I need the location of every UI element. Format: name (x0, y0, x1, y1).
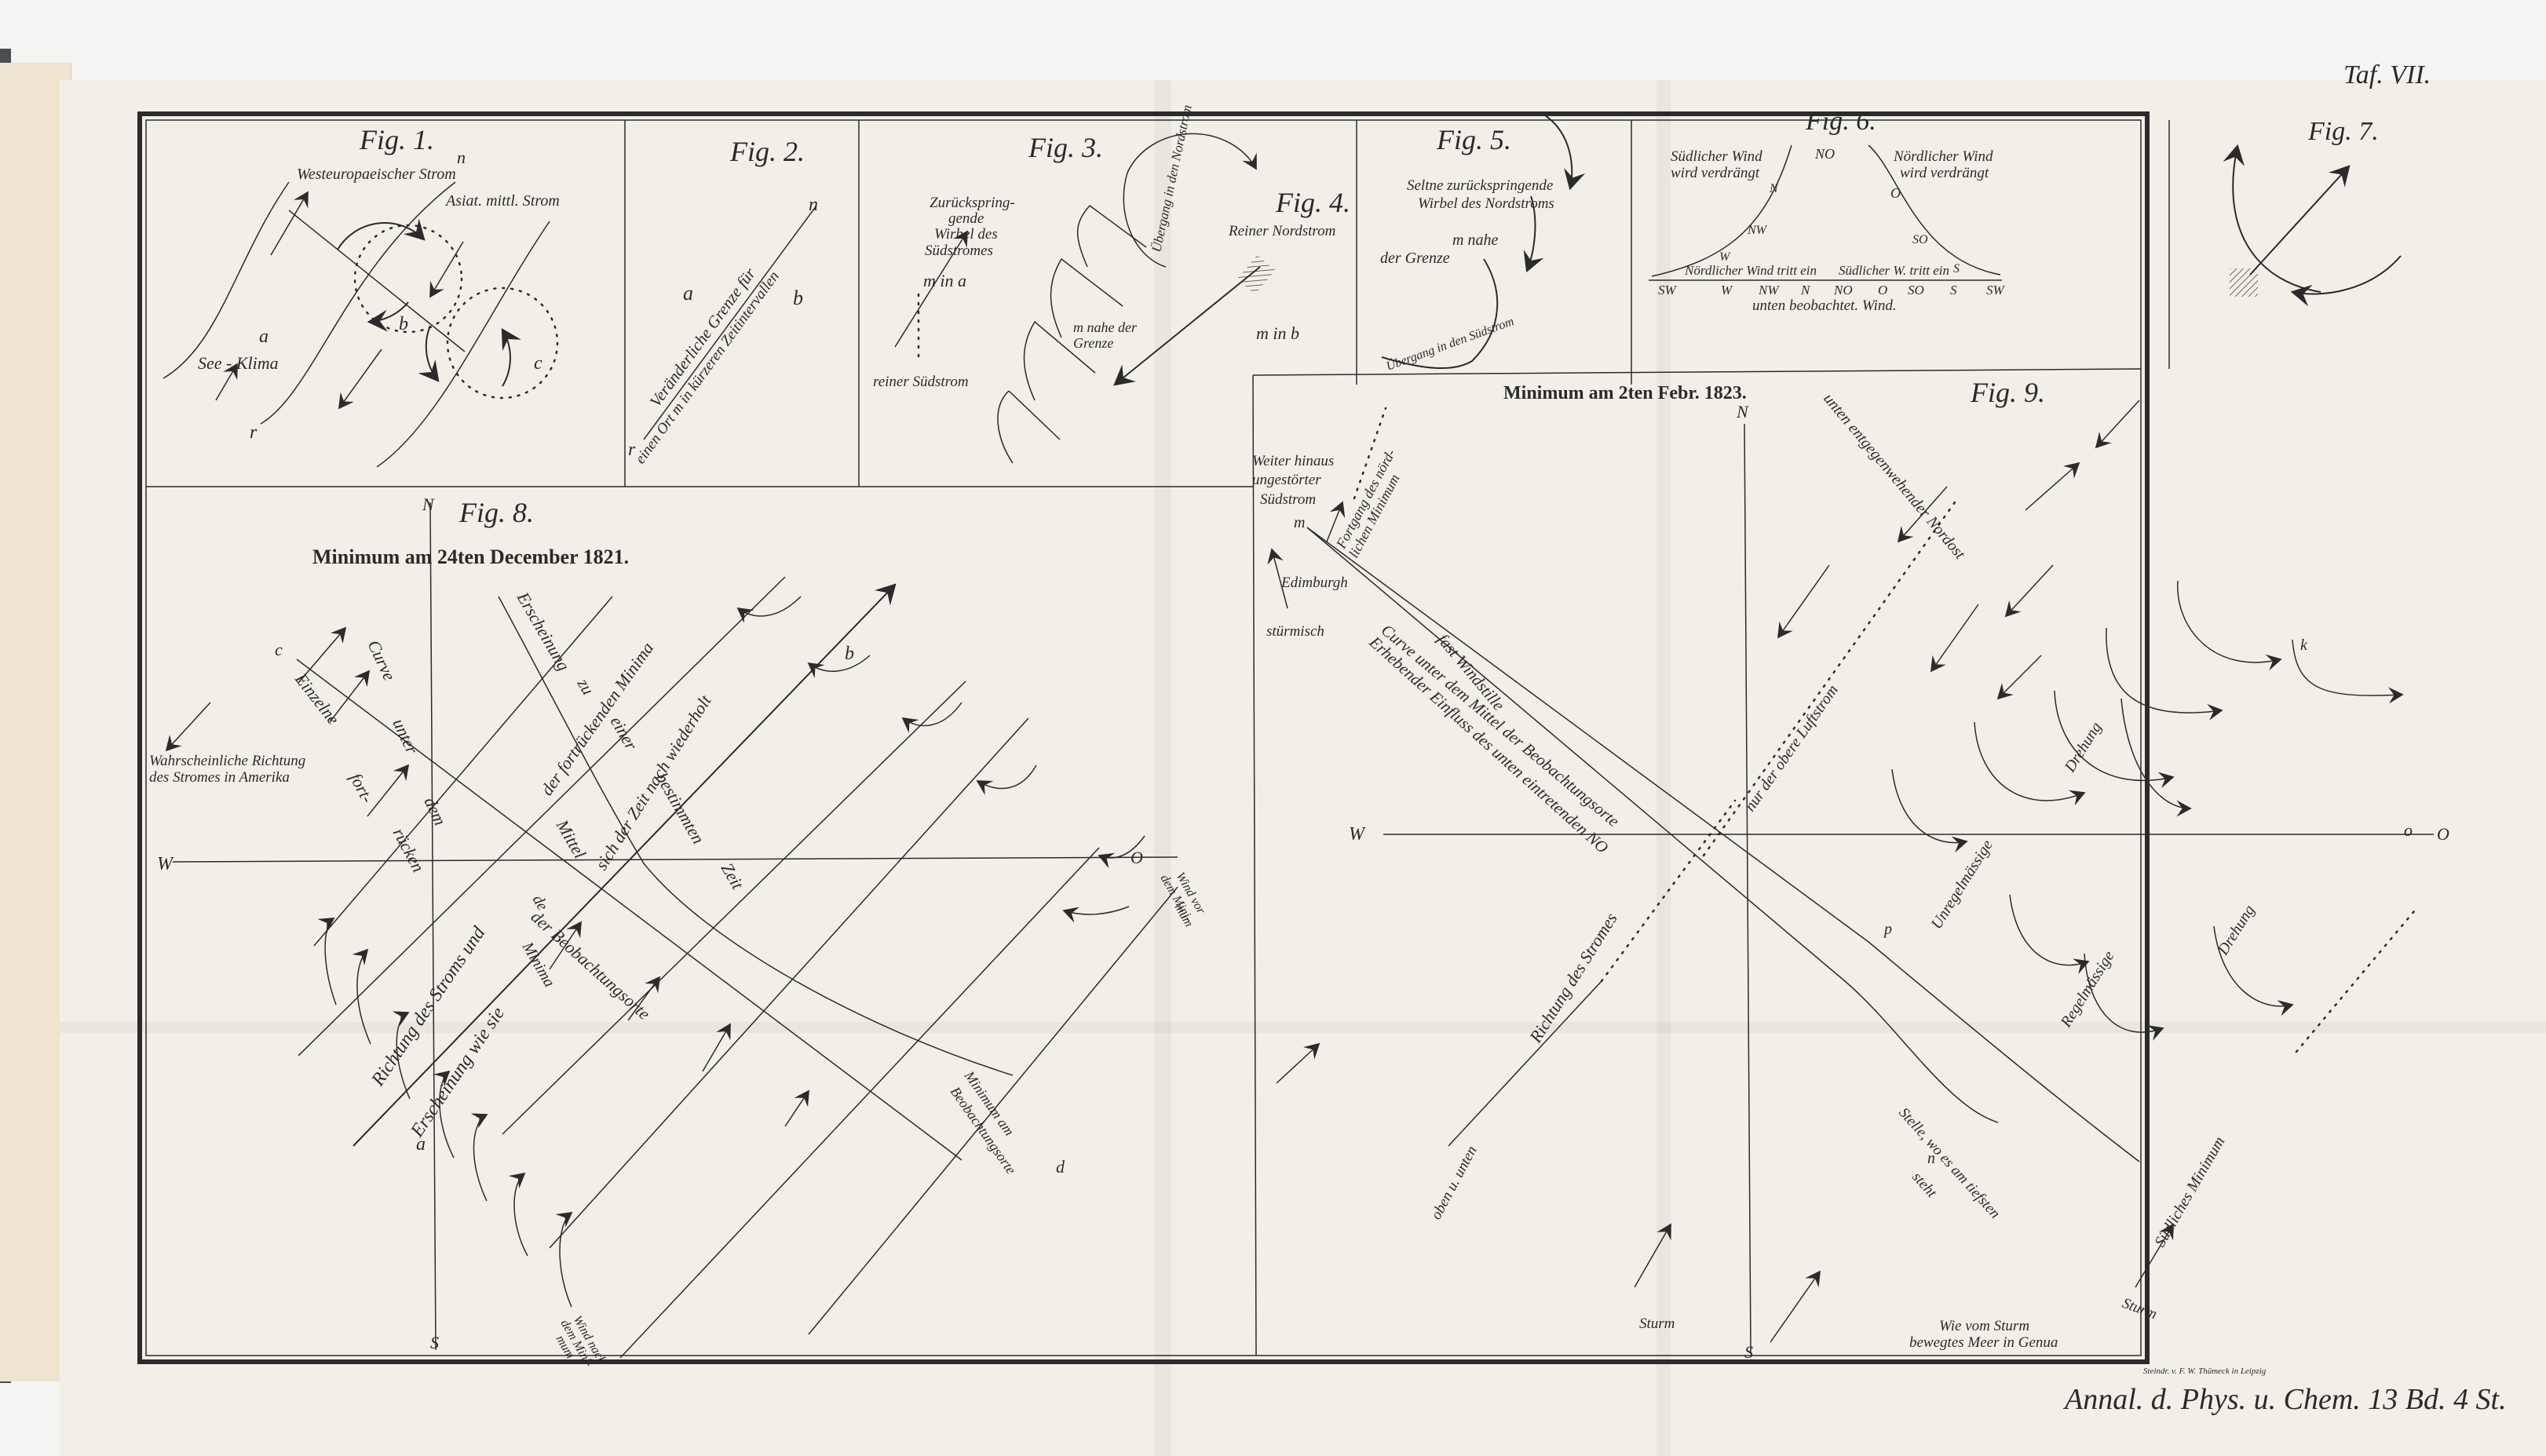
fig8-heading: Minimum am 24ten December 1821. (312, 546, 629, 568)
svg-text:S: S (1950, 283, 1957, 297)
fig8-label: Curve (363, 637, 399, 684)
fig9-point-n: n (1927, 1150, 1935, 1167)
fig5-rare-label: Seltne zurückspringende (1407, 177, 1553, 194)
arrow-icon (1635, 1224, 1671, 1287)
fig9-storm-label: Sturm (1639, 1316, 1675, 1332)
fig9-compass-east: O (2437, 824, 2449, 844)
fig8-label: fort- (346, 770, 378, 806)
svg-text:SO: SO (1908, 283, 1924, 297)
fig6-curve-label: SO (1912, 233, 1928, 246)
fig1-title: Fig. 1. (359, 124, 434, 155)
fig9-irregular-label: Unregelmässige (1928, 837, 1996, 932)
fig6-north-displaced-label: wird verdrängt (1900, 165, 1989, 181)
figure-5: Fig. 5. Seltne zurückspringende Wirbel d… (1380, 114, 1572, 374)
fig3-title: Fig. 3. (1028, 132, 1103, 163)
fig6-north-enters-label: Nördlicher Wind tritt ein (1684, 263, 1817, 278)
fig6-south-displaced-label: Südlicher Wind (1671, 148, 1762, 165)
fig3-pure-south-label: reiner Südstrom (873, 374, 969, 390)
fig8-america-label: Wahrscheinliche Richtung (149, 753, 305, 769)
arrow-icon (1770, 1272, 1820, 1342)
fig5-near-label: m nahe (1452, 232, 1498, 249)
fig3-vortex-label: gende (948, 210, 984, 227)
arrow-icon (339, 349, 382, 408)
svg-text:NO: NO (1833, 283, 1853, 297)
fig8-label: sich der Zeit nach wiederholt (591, 691, 715, 873)
fig6-curve-label: NO (1814, 146, 1835, 162)
fig9-genua-label: bewegtes Meer in Genua (1909, 1334, 2058, 1351)
fig9-genua-label: Wie vom Sturm (1939, 1318, 2029, 1334)
fig9-point-o: o (2404, 820, 2413, 840)
arrow-icon (2006, 565, 2053, 616)
arrow-icon (785, 1091, 809, 1126)
svg-text:SW: SW (1658, 283, 1678, 297)
fig2-boundary-label-1: Veränderliche Grenze für (646, 264, 760, 411)
fig8-point-b: b (845, 644, 854, 664)
fig8-compass-west: W (157, 854, 174, 874)
svg-text:O: O (1878, 283, 1887, 297)
fig8-label: Einzelne (290, 669, 343, 728)
fig6-title: Fig. 6. (1805, 107, 1876, 136)
fig9-further-label: ungestörter (1252, 472, 1321, 488)
arrow-icon (2096, 400, 2139, 447)
fig9-compass-south: S (1744, 1342, 1753, 1362)
fig6-curve-label: W (1719, 250, 1731, 264)
svg-text:W: W (1721, 283, 1733, 297)
fig3-m-in-a-label: m in a (923, 271, 966, 290)
arrow-icon (1931, 604, 1978, 671)
fig9-deepest-label: Stelle, wo es am tiefsten (1895, 1104, 2003, 1221)
fig2-title: Fig. 2. (729, 136, 805, 167)
fig1-point-c: c (534, 353, 542, 374)
fig2-boundary-label-2: einen Ort m in kürzeren Zeitintervallen (632, 268, 783, 467)
fig8-label: dem (420, 794, 450, 829)
figure-2: Fig. 2. a b n r Veränderliche Grenze für… (628, 136, 818, 467)
figure-6: Fig. 6. Südlicher Wind wird verdrängt Nö… (1649, 107, 2006, 314)
fig5-title: Fig. 5. (1436, 124, 1511, 155)
figure-4: Fig. 4. Reiner Nordstrom m in b (1115, 187, 1350, 385)
fig8-label: rücken (389, 825, 429, 876)
fig9-point-m: m (1294, 514, 1305, 531)
fig8-label: Minima (518, 939, 558, 991)
fig4-title: Fig. 4. (1275, 187, 1350, 218)
fig1-point-r: r (250, 422, 258, 443)
fig1-point-n: n (457, 148, 466, 167)
arrow-icon (1998, 655, 2041, 699)
fig6-axis-ticks: SWW NWN NOO SOS SW (1658, 283, 2006, 297)
fig8-compass-south: S (430, 1333, 439, 1352)
arrow-icon (1778, 565, 1829, 637)
fig8-title: Fig. 8. (458, 497, 534, 528)
arrow-icon (2025, 463, 2079, 510)
fig8-label: unter (389, 716, 422, 757)
arrow-icon (703, 1024, 730, 1071)
fig5-transition-label: Übergang in den Südstrom (1384, 314, 1516, 374)
fig9-top-bottom-label: oben u. unten (1428, 1144, 1481, 1223)
arrow-icon (1277, 1044, 1319, 1083)
fig9-title: Fig. 9. (1970, 377, 2045, 408)
fig1-asian-stream-label: Asiat. mittl. Strom (444, 192, 560, 210)
fig3-vortex-label: Zurückspring- (930, 195, 1015, 211)
engraver-credit: Steindr. v. F. W. Thümeck in Leipzig (2143, 1367, 2267, 1376)
fig9-point-k: k (2300, 637, 2308, 654)
arrow-icon (330, 671, 369, 722)
source-citation: Annal. d. Phys. u. Chem. 13 Bd. 4 St. (2062, 1383, 2507, 1416)
svg-text:SW: SW (1986, 283, 2006, 297)
svg-text:NW: NW (1758, 283, 1780, 297)
fig9-raising-label: Erhebender Einfluss des unten eintretend… (1365, 632, 1613, 857)
fig8-label: Zeit (718, 859, 748, 893)
fig8-point-c: c (275, 640, 283, 659)
fig9-curve-label: Curve unter dem Mittel der Beobachtungso… (1378, 620, 1624, 830)
fig1-point-a: a (259, 327, 268, 347)
fig3-transition-label: Übergang in den Nordstrom (1149, 104, 1194, 254)
figure-3: Fig. 3. Zurückspring- gende Wirbel des S… (873, 104, 1256, 463)
arrow-icon (430, 242, 463, 297)
fig8-label: bestimmten (652, 769, 709, 847)
fig5-near-label: der Grenze (1380, 250, 1450, 267)
fig1-west-stream-label: Westeuropaeischer Strom (297, 166, 456, 183)
fig3-near-boundary-label: Grenze (1073, 335, 1113, 351)
fig6-north-displaced-label: Nördlicher Wind (1893, 148, 1993, 165)
fig7-title: Fig. 7. (2307, 117, 2379, 146)
fig9-storm-label: Sturm (2120, 1295, 2159, 1323)
fig9-further-label: Weiter hinaus (1252, 453, 1334, 469)
arrow-icon (2250, 166, 2349, 275)
fig1-sea-climate-label: See - Klima (198, 353, 279, 373)
fig9-upper-label: nur der obere Luftstrom (1741, 682, 1842, 815)
fig2-point-b: b (793, 286, 803, 309)
fig6-south-displaced-label: wird verdrängt (1671, 165, 1760, 181)
fig2-point-a: a (683, 282, 693, 305)
fig9-counter-label: unten entgegenwehender Nordost (1820, 390, 1968, 563)
fig6-south-enters-label: Südlicher W. tritt ein (1839, 263, 1949, 278)
figure-9: Fig. 9. Minimum am 2ten Febr. 1823. N S … (1252, 377, 2449, 1362)
figure-8: Fig. 8. Minimum am 24ten December 1821. … (149, 494, 1208, 1369)
figure-7: Fig. 7. (2230, 117, 2401, 297)
fig8-compass-north: N (422, 494, 435, 514)
arrow-icon (166, 702, 210, 750)
fig9-deepest-label: steht (1909, 1169, 1940, 1201)
fig8-label: zu (573, 674, 598, 698)
fig6-axis-label: unten beobachtet. Wind. (1752, 297, 1897, 314)
fig9-edinburgh-label: Edimburgh (1280, 575, 1348, 591)
fig4-pure-north-label: Reiner Nordstrom (1228, 223, 1335, 239)
fig9-rotation-label: Drehung (2214, 902, 2258, 958)
svg-text:N: N (1800, 283, 1811, 297)
fig8-america-label: des Stromes in Amerika (149, 769, 290, 786)
fig9-compass-north: N (1736, 402, 1749, 421)
fig8-label: Mittel (552, 816, 590, 862)
fig8-label: Erscheinung (513, 588, 574, 674)
arrow-icon (298, 628, 345, 683)
fig9-direction-label: Richtung des Stromes (1525, 909, 1621, 1046)
fig9-point-p: p (1883, 921, 1892, 938)
fig8-point-d: d (1056, 1157, 1065, 1177)
fig9-heading: Minimum am 2ten Febr. 1823. (1503, 383, 1747, 403)
plate-drawing: Taf. VII. Annal. d. Phys. u. Chem. 13 Bd… (0, 0, 2546, 1456)
fig9-further-label: Südstrom (1260, 491, 1316, 508)
fig9-south-min-label: Südliches Minimum (2151, 1133, 2228, 1250)
fig6-curve-label: O (1890, 185, 1901, 201)
fig9-stormy-label: stürmisch (1266, 623, 1324, 640)
fig9-compass-west: W (1349, 824, 1366, 845)
fig2-point-n: n (809, 195, 818, 215)
fig3-near-boundary-label: m nahe der (1073, 319, 1138, 335)
fig4-m-in-b-label: m in b (1256, 323, 1299, 343)
fig6-curve-label: S (1953, 262, 1960, 276)
plate-number: Taf. VII. (2343, 60, 2431, 89)
scanned-plate-page: Taf. VII. Annal. d. Phys. u. Chem. 13 Bd… (0, 0, 2546, 1456)
fig9-rotation-label: Drehung (2061, 719, 2105, 775)
figure-1: Fig. 1. Westeuropaeischer Strom Asiat. m… (163, 124, 560, 467)
